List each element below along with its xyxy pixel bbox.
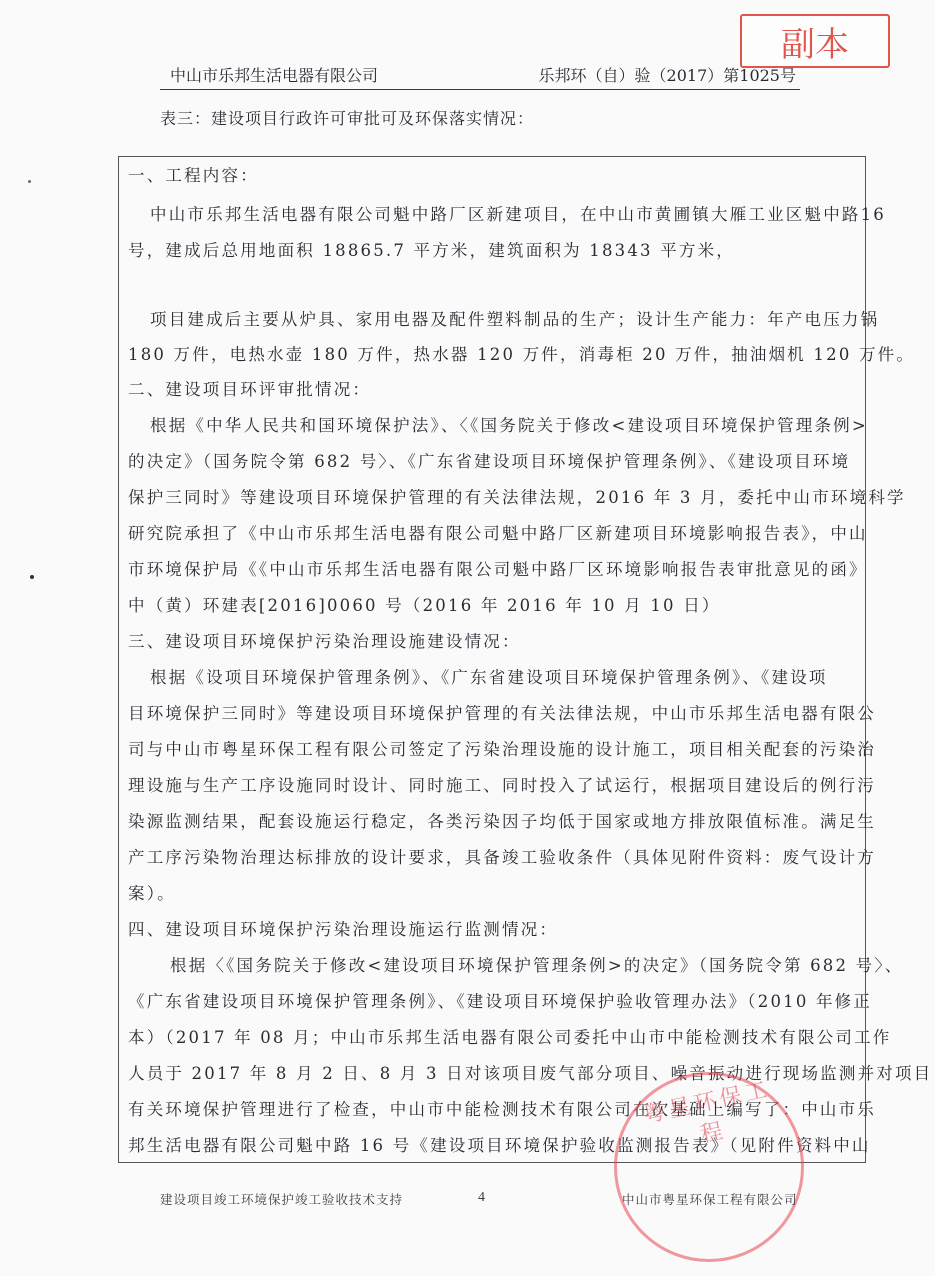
section-4-line-2: 《广东省建设项目环境保护管理条例》、《建设项目环境保护验收管理办法》（2010 …	[128, 992, 872, 1012]
section-2-line-3: 保护三同时》等建设项目环境保护管理的有关法律法规，2016 年 3 月，委托中山…	[128, 488, 906, 508]
footer-left-text: 建设项目竣工环境保护竣工验收技术支持	[160, 1190, 403, 1208]
scan-speck	[28, 180, 31, 183]
section-2-line-1: 根据《中华人民共和国环境保护法》、〈《国务院关于修改<建设项目环境保护管理条例>	[150, 416, 868, 436]
section-3-line-1: 根据《设项目环境保护管理条例》、《广东省建设项目环境保护管理条例》、《建设项	[150, 668, 828, 688]
section-2-line-2: 的决定》（国务院令第 682 号〉、《广东省建设项目环境保护管理条例》、《建设项…	[128, 452, 850, 472]
section-3-line-7: 案）。	[128, 884, 176, 904]
header-company: 中山市乐邦生活电器有限公司	[160, 63, 378, 86]
section-3-line-3: 司与中山市粤星环保工程有限公司签定了污染治理设施的设计施工，项目相关配套的污染治	[128, 740, 876, 760]
section-4-line-5: 有关环境保护管理进行了检查，中山市中能检测技术有限公司在次基础上编写了：中山市乐	[128, 1100, 876, 1120]
section-1-line-1: 中山市乐邦生活电器有限公司魁中路厂区新建项目，在中山市黄圃镇大雁工业区魁中路16	[150, 205, 886, 225]
section-heading-1: 一、工程内容：	[128, 166, 259, 186]
section-2-line-4: 研究院承担了《中山市乐邦生活电器有限公司魁中路厂区新建项目环境影响报告表》，中山	[128, 524, 868, 544]
copy-stamp-label: 副本	[781, 17, 849, 66]
section-heading-3: 三、建设项目环境保护污染治理设施建设情况：	[128, 632, 521, 652]
section-3-line-5: 染源监测结果，配套设施运行稳定，各类污染因子均低于国家或地方排放限值标准。满足生	[128, 812, 876, 832]
document-page: 副本 中山市乐邦生活电器有限公司 乐邦环（自）验（2017）第1025号 表三：…	[0, 0, 935, 1276]
footer-page-number: 4	[478, 1190, 486, 1206]
section-3-line-2: 目环境保护三同时》等建设项目环境保护管理的有关法律法规，中山市乐邦生活电器有限公	[128, 704, 876, 724]
section-1-line-4: 180 万件，电热水壶 180 万件，热水器 120 万件，消毒柜 20 万件，…	[128, 345, 915, 365]
section-1-line-2: 号，建成后总用地面积 18865.7 平方米，建筑面积为 18343 平方米，	[128, 241, 735, 261]
section-3-line-6: 产工序污染物治理达标排放的设计要求，具备竣工验收条件（具体见附件资料：废气设计方	[128, 848, 876, 868]
footer-right-company: 中山市粤星环保工程有限公司	[622, 1190, 798, 1208]
section-heading-2: 二、建设项目环评审批情况：	[128, 380, 371, 400]
section-1-line-3: 项目建成后主要从炉具、家用电器及配件塑料制品的生产；设计生产能力：年产电压力锅	[150, 310, 879, 330]
running-header: 中山市乐邦生活电器有限公司 乐邦环（自）验（2017）第1025号	[160, 60, 800, 90]
section-4-line-6: 邦生活电器有限公司魁中路 16 号《建设项目环境保护验收监测报告表》（见附件资料…	[128, 1136, 871, 1156]
scan-speck	[30, 575, 34, 579]
section-4-line-3: 本）（2017 年 08 月；中山市乐邦生活电器有限公司委托中山市中能检测技术有…	[128, 1028, 891, 1048]
table-caption: 表三：建设项目行政许可审批可及环保落实情况：	[160, 106, 534, 129]
section-heading-4: 四、建设项目环境保护污染治理设施运行监测情况：	[128, 920, 558, 940]
section-2-line-6: 中（黄）环建表[2016]0060 号（2016 年 2016 年 10 月 1…	[128, 596, 721, 616]
section-2-line-5: 市环境保护局《《中山市乐邦生活电器有限公司魁中路厂区环境影响报告表审批意见的函》	[128, 560, 868, 580]
section-4-line-1: 根据〈《国务院关于修改<建设项目环境保护管理条例>的决定》（国务院令第 682 …	[170, 956, 903, 976]
section-4-line-4: 人员于 2017 年 8 月 2 日、8 月 3 日对该项目废气部分项目、噪音振…	[128, 1064, 932, 1084]
section-3-line-4: 理设施与生产工序设施同时设计、同时施工、同时投入了试运行，根据项目建设后的例行污	[128, 776, 876, 796]
header-doc-number: 乐邦环（自）验（2017）第1025号	[539, 63, 800, 86]
